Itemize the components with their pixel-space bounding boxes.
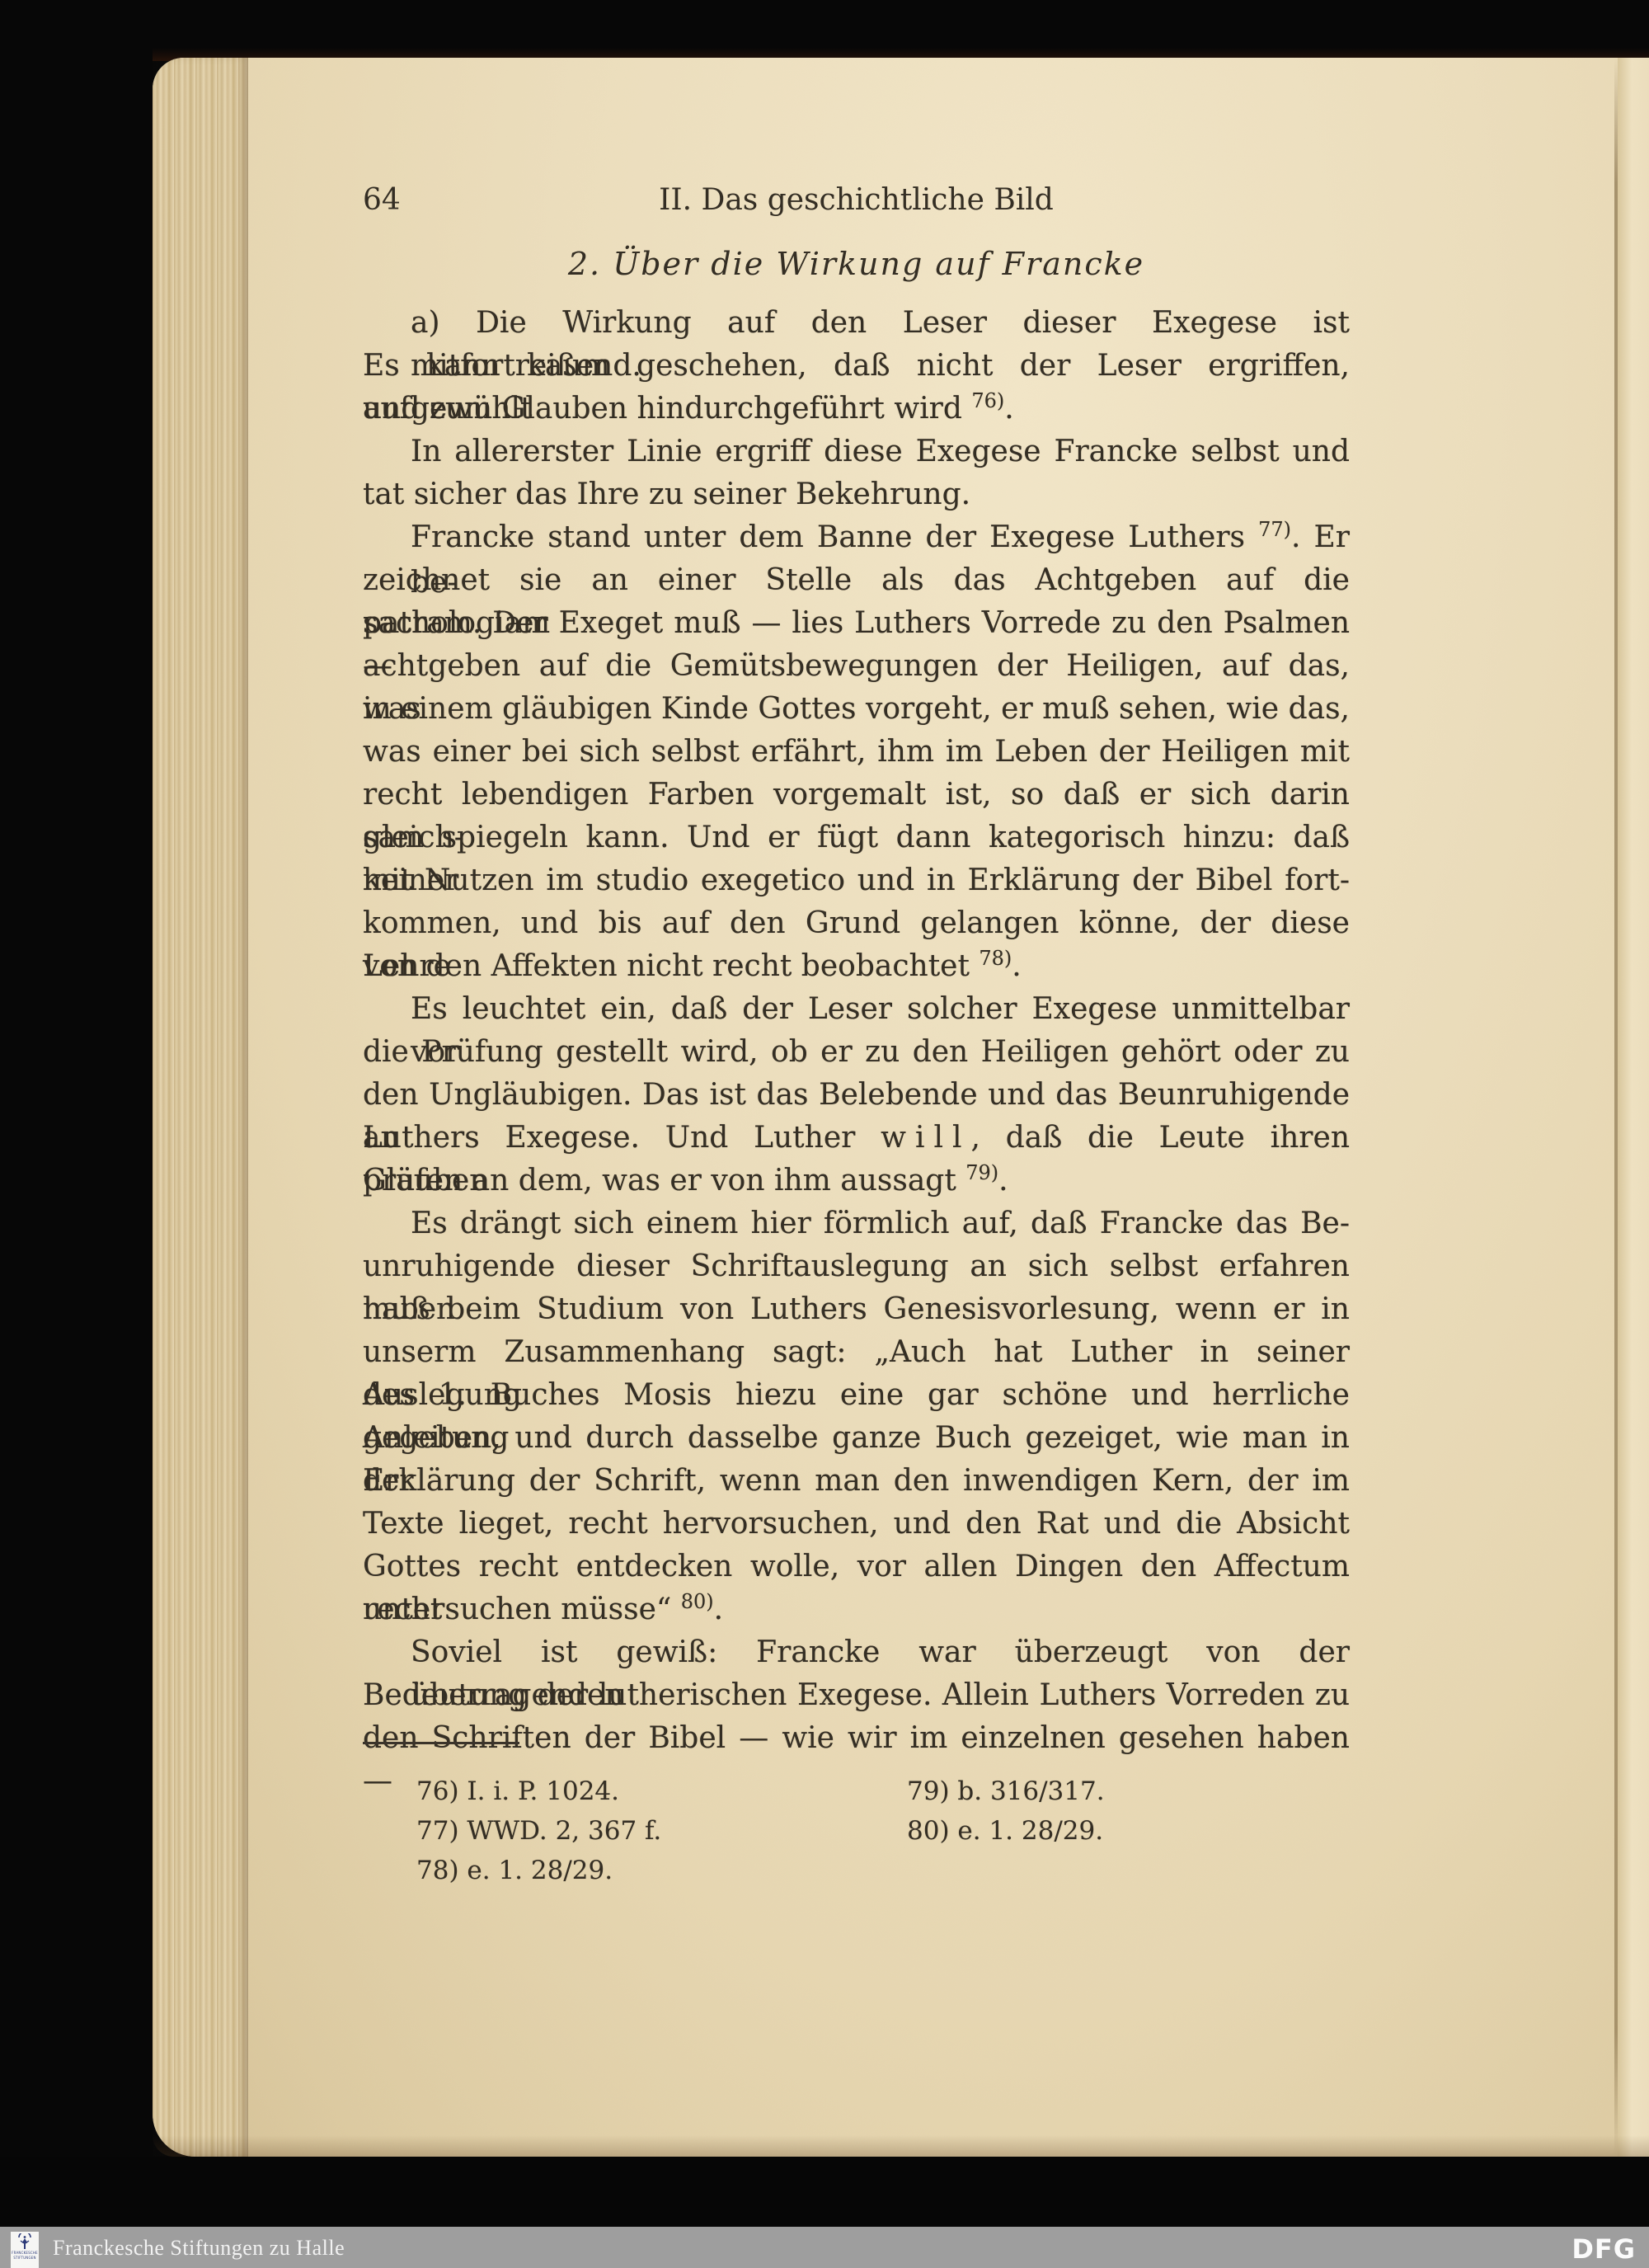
body-line: was einer bei sich selbst erfährt, ihm i…	[363, 731, 1350, 774]
body-text: a) Die Wirkung auf den Leser dieser Exeg…	[363, 302, 1350, 1760]
dfg-logo: DFG	[1571, 2233, 1636, 2265]
footnote-marker: 76)	[971, 389, 1004, 412]
body-line: des 1. Buches Mosis hiezu eine gar schön…	[363, 1374, 1350, 1417]
franckesche-stiftungen-logo: FRANCKESCHE STIFTUNGEN	[11, 2232, 39, 2268]
scanned-book-page-screenshot: { "page": { "page_number": "64", "runnin…	[0, 0, 1649, 2268]
body-line: prüfen an dem, was er von ihm aussagt 79…	[363, 1160, 1350, 1202]
body-line: mit Nutzen im studio exegetico und in Er…	[363, 859, 1350, 902]
section-heading: 2. Über die Wirkung auf Francke	[363, 246, 1350, 282]
body-line: Luthers Exegese. Und Luther will, daß di…	[363, 1117, 1350, 1160]
body-line: in einem gläubigen Kinde Gottes vorgeht,…	[363, 688, 1350, 731]
footnote-item: 77) WWD. 2, 367 f.	[416, 1811, 661, 1851]
body-line: von den Affekten nicht recht beobachtet …	[363, 945, 1350, 988]
logo-caption-line1: FRANCKESCHE	[12, 2251, 38, 2255]
body-line: Texte lieget, recht hervorsuchen, und de…	[363, 1503, 1350, 1546]
footnote-item: 76) I. i. P. 1024.	[416, 1772, 661, 1811]
body-line: Soviel ist gewiß: Francke war überzeugt …	[363, 1631, 1350, 1674]
body-line: Es kann kaum geschehen, daß nicht der Le…	[363, 345, 1350, 388]
body-line: unserm Zusammenhang sagt: „Auch hat Luth…	[363, 1331, 1350, 1374]
body-line: achtgeben auf die Gemütsbewegungen der H…	[363, 645, 1350, 688]
page-number: 64	[363, 183, 401, 217]
body-line: Es leuchtet ein, daß der Leser solcher E…	[363, 988, 1350, 1031]
footnote-item: 79) b. 316/317.	[907, 1772, 1105, 1811]
emphasized-word: will	[881, 1121, 970, 1155]
body-line: und zum Glauben hindurchgeführt wird 76)…	[363, 388, 1350, 431]
body-line: Erklärung der Schrift, wenn man den inwe…	[363, 1460, 1350, 1503]
footnote-marker: 77)	[1258, 518, 1291, 541]
institution-name: Franckesche Stiftungen zu Halle	[53, 2236, 345, 2261]
body-line: gegeben, und durch dasselbe ganze Buch g…	[363, 1417, 1350, 1460]
body-line: recht lebendigen Farben vorgemalt ist, s…	[363, 774, 1350, 816]
body-line: sacram. Der Exeget muß — lies Luthers Vo…	[363, 602, 1350, 645]
body-line: sam spiegeln kann. Und er fügt dann kate…	[363, 816, 1350, 859]
footnote-rule	[363, 1742, 519, 1744]
logo-caption-line2: STIFTUNGEN	[13, 2256, 35, 2260]
body-line: tat sicher das Ihre zu seiner Bekehrung.	[363, 473, 1350, 516]
footnotes-left-column: 76) I. i. P. 1024.77) WWD. 2, 367 f.78) …	[416, 1772, 661, 1890]
body-line: untersuchen müsse“ 80).	[363, 1588, 1350, 1631]
body-line: Bedeutung der lutherischen Exegese. Alle…	[363, 1674, 1350, 1717]
body-line: den Ungläubigen. Das ist das Belebende u…	[363, 1074, 1350, 1117]
body-line: Francke stand unter dem Banne der Exeges…	[363, 516, 1350, 559]
running-head: II. Das geschichtliche Bild	[363, 183, 1350, 217]
footnote-marker: 79)	[965, 1161, 998, 1184]
footnotes-right-column: 79) b. 316/317.80) e. 1. 28/29.	[907, 1772, 1105, 1851]
bottom-black-band	[0, 2157, 1649, 2227]
body-line: a) Die Wirkung auf den Leser dieser Exeg…	[363, 302, 1350, 345]
body-line: unruhigende dieser Schriftauslegung an s…	[363, 1245, 1350, 1288]
body-line: Es drängt sich einem hier förmlich auf, …	[363, 1202, 1350, 1245]
adjacent-page-edge	[1618, 58, 1649, 2157]
footnote-item: 80) e. 1. 28/29.	[907, 1811, 1105, 1851]
gutter-crease	[1614, 58, 1618, 2157]
body-line: Gottes recht entdecken wolle, vor allen …	[363, 1546, 1350, 1588]
page-edge-stack	[153, 58, 248, 2157]
footnote-item: 78) e. 1. 28/29.	[416, 1851, 661, 1890]
eagle-to-sun-icon	[17, 2233, 32, 2250]
body-line: die Prüfung gestellt wird, ob er zu den …	[363, 1031, 1350, 1074]
footnote-marker: 78)	[979, 947, 1012, 970]
body-line: kommen, und bis auf den Grund gelangen k…	[363, 902, 1350, 945]
body-line: den Schriften der Bibel — wie wir im ein…	[363, 1717, 1350, 1760]
body-line: zeichnet sie an einer Stelle als das Ach…	[363, 559, 1350, 602]
body-line: In allererster Linie ergriff diese Exege…	[363, 431, 1350, 473]
body-line: muß beim Studium von Luthers Genesisvorl…	[363, 1288, 1350, 1331]
footnote-marker: 80)	[681, 1590, 714, 1613]
